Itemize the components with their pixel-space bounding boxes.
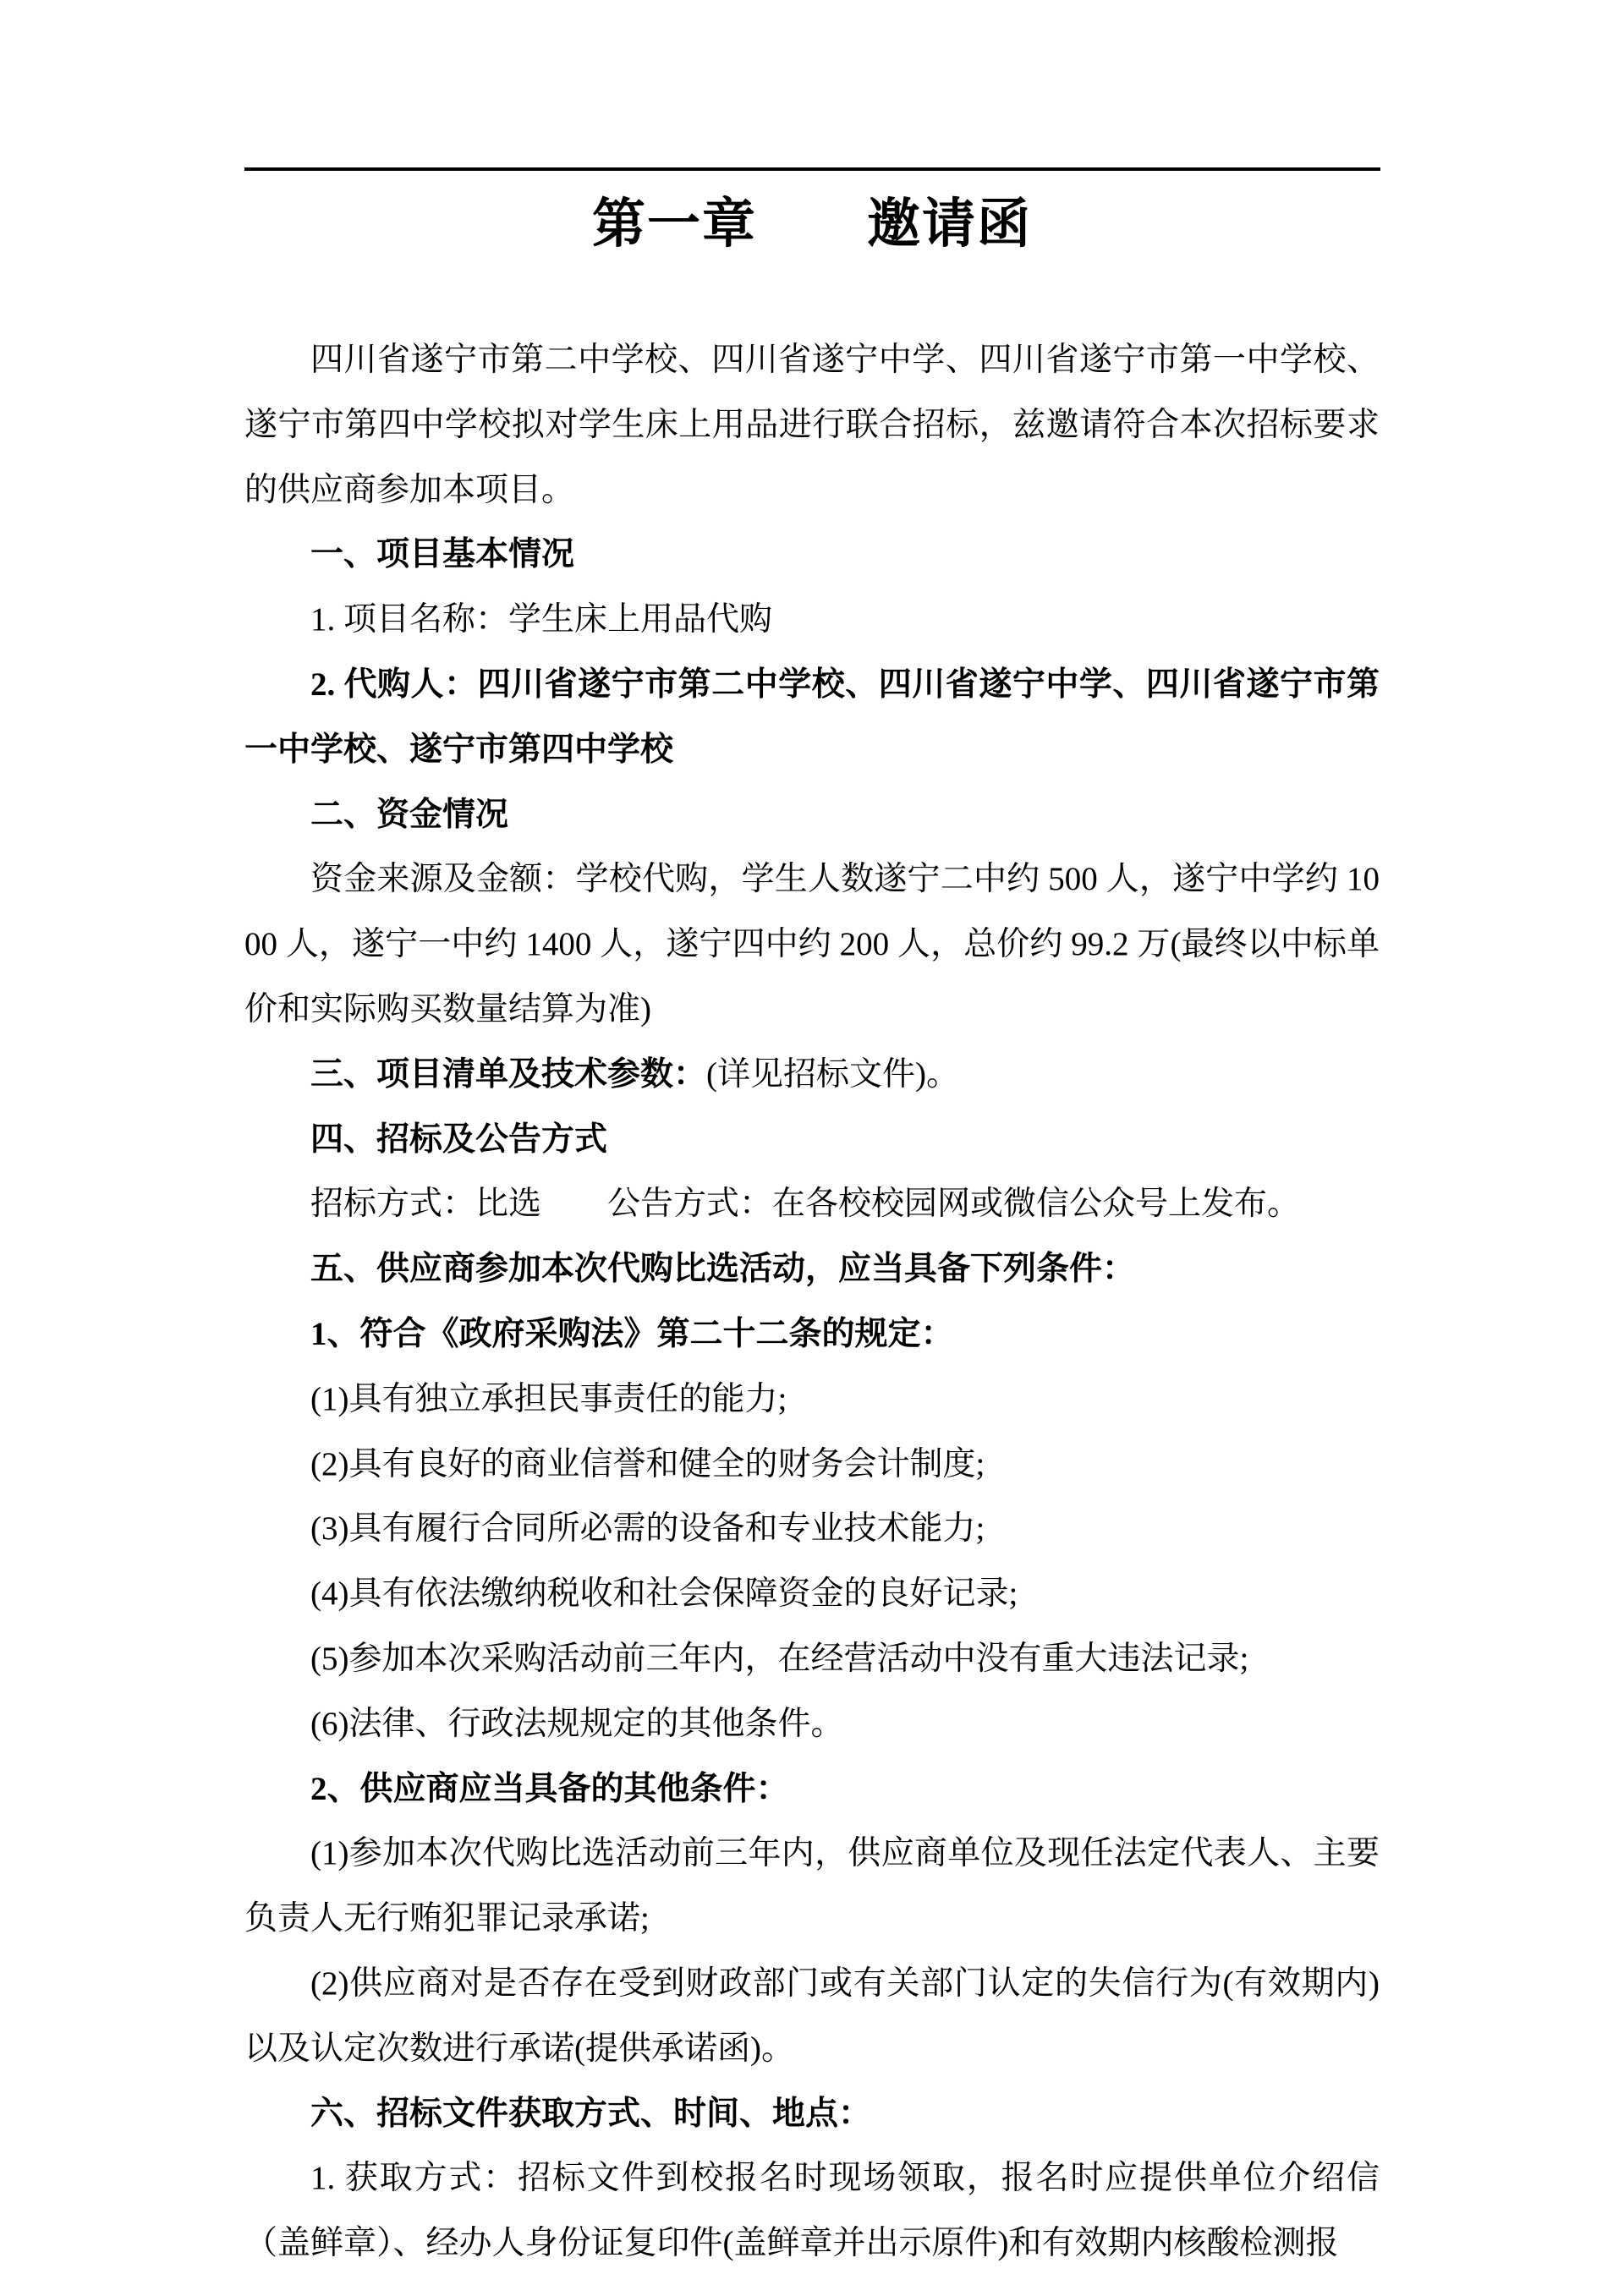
other-condition-item-1: (1)参加本次代购比选活动前三年内，供应商单位及现任法定代表人、主要负责人无行贿…: [244, 1822, 1380, 1952]
condition-item-3: (3)具有履行合同所必需的设备和专业技术能力;: [244, 1497, 1380, 1562]
section2-funding: 资金来源及金额：学校代购，学生人数遂宁二中约 500 人，遂宁中学约 1000 …: [244, 847, 1380, 1042]
condition-item-6: (6)法律、行政法规规定的其他条件。: [244, 1692, 1380, 1757]
document-page: 第一章 邀请函 四川省遂宁市第二中学校、四川省遂宁中学、四川省遂宁市第一中学校、…: [0, 0, 1624, 2296]
section3-heading-line: 三、项目清单及技术参数：(详见招标文件)。: [244, 1043, 1380, 1108]
document-content: 第一章 邀请函 四川省遂宁市第二中学校、四川省遂宁中学、四川省遂宁市第一中学校、…: [244, 0, 1380, 2277]
condition-item-5: (5)参加本次采购活动前三年内，在经营活动中没有重大违法记录;: [244, 1627, 1380, 1692]
document-body: 四川省遂宁市第二中学校、四川省遂宁中学、四川省遂宁市第一中学校、遂宁市第四中学校…: [244, 328, 1380, 2277]
condition-item-2: (2)具有良好的商业信誉和健全的财务会计制度;: [244, 1433, 1380, 1498]
intro-paragraph: 四川省遂宁市第二中学校、四川省遂宁中学、四川省遂宁市第一中学校、遂宁市第四中学校…: [244, 328, 1380, 523]
section3-heading: 三、项目清单及技术参数：: [310, 1056, 706, 1093]
other-condition-item-2: (2)供应商对是否存在受到财政部门或有关部门认定的失信行为(有效期内)以及认定次…: [244, 1952, 1380, 2082]
section5-heading: 五、供应商参加本次代购比选活动，应当具备下列条件：: [244, 1237, 1380, 1302]
section1-heading: 一、项目基本情况: [244, 523, 1380, 588]
section4-heading: 四、招标及公告方式: [244, 1108, 1380, 1173]
section5-sub1-heading: 1、符合《政府采购法》第二十二条的规定：: [244, 1302, 1380, 1367]
section6-obtain-method: 1. 获取方式：招标文件到校报名时现场领取，报名时应提供单位介绍信（盖鲜章）、经…: [244, 2146, 1380, 2277]
section3-heading-note: (详见招标文件)。: [706, 1056, 959, 1093]
section1-buyers: 2. 代购人：四川省遂宁市第二中学校、四川省遂宁中学、四川省遂宁市第一中学校、遂…: [244, 653, 1380, 783]
section2-heading: 二、资金情况: [244, 783, 1380, 848]
condition-item-1: (1)具有独立承担民事责任的能力;: [244, 1367, 1380, 1433]
section4-method-line: 招标方式：比选 公告方式：在各校校园网或微信公众号上发布。: [244, 1172, 1380, 1237]
section5-sub2-heading: 2、供应商应当具备的其他条件：: [244, 1757, 1380, 1822]
section1-project-name: 1. 项目名称：学生床上用品代购: [244, 588, 1380, 653]
condition-item-4: (4)具有依法缴纳税收和社会保障资金的良好记录;: [244, 1562, 1380, 1627]
chapter-title: 第一章 邀请函: [244, 195, 1380, 254]
section6-heading: 六、招标文件获取方式、时间、地点：: [244, 2082, 1380, 2147]
